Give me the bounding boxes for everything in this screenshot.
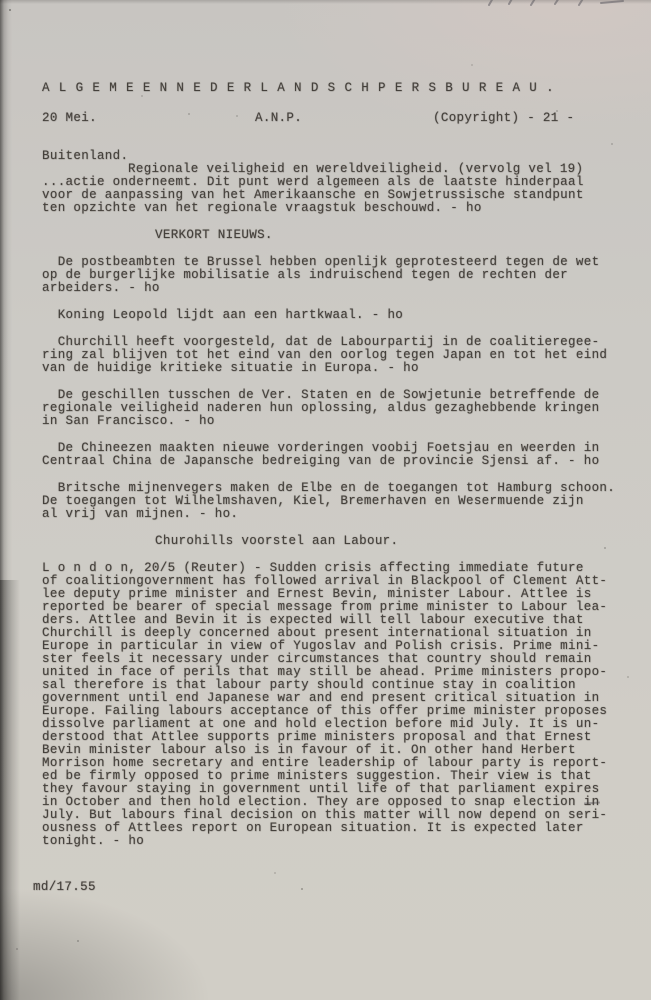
copyright-page-number: (Copyright) - 21 - [433, 112, 574, 125]
news-item-minesweepers: Britsche mijnenvegers maken de Elbe en d… [42, 482, 620, 521]
short-news-heading: VERKORT NIEUWS. [155, 229, 620, 242]
agency-abbreviation: A.N.P. [255, 112, 302, 125]
lead-article-body: ...actie onderneemt. Dit punt werd algem… [42, 176, 620, 215]
scanned-document-page: A L G E M E E N N E D E R L A N D S C H … [0, 0, 651, 1000]
reuter-article-body: L o n d o n, 20/5 (Reuter) - Sudden cris… [42, 562, 620, 848]
news-item-king-leopold: Koning Leopold lijdt aan een hartkwaal. … [42, 309, 620, 322]
meta-row: 20 Mei. A.N.P. (Copyright) - 21 - [42, 112, 620, 125]
scan-edge-left-bottom [0, 580, 26, 1000]
news-item-china: De Chineezen maakten nieuwe vorderingen … [42, 442, 620, 468]
masthead-title: A L G E M E E N N E D E R L A N D S C H … [42, 82, 620, 95]
news-item-churchill-coalition: Churchill heeft voorgesteld, dat de Labo… [42, 336, 620, 375]
scan-edge-left [0, 0, 12, 1000]
typewritten-content: A L G E M E E N N E D E R L A N D S C H … [42, 82, 620, 894]
news-item-san-francisco: De geschillen tusschen de Ver. Staten en… [42, 389, 620, 428]
issue-date: 20 Mei. [42, 112, 97, 125]
typist-time-code: md/17.55 [33, 881, 620, 894]
churchill-proposal-heading: Churohills voorstel aan Labour. [155, 535, 620, 548]
news-item-brussels-postal: De postbeambten te Brussel hebben openli… [42, 256, 620, 295]
scan-edge-top [0, 0, 651, 4]
paper-speckles [0, 0, 2, 2]
pencil-annotation-icon [483, 0, 633, 11]
